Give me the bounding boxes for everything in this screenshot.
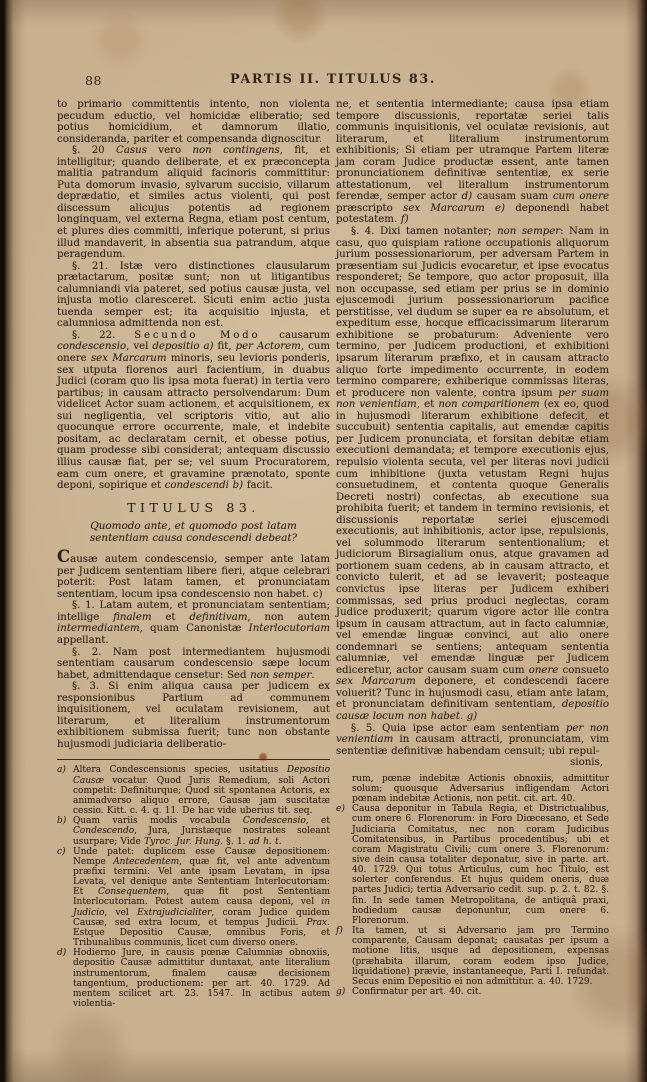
footnote-text: Ita tamen, ut si Adversario jam pro Term…: [352, 926, 609, 987]
text-run: Condescensio: [243, 816, 306, 826]
text-run: depositio a): [152, 341, 213, 352]
footnote-marker: a): [57, 765, 73, 816]
footnote-text: Unde patet: duplicem esse Causæ depositi…: [73, 847, 330, 949]
text-run: , non autem: [247, 612, 330, 623]
text-run: Secundo Modo: [134, 330, 260, 341]
text-run: causarum: [260, 330, 330, 341]
paragraph-section-4: §. 4. Dixi tamen notanter; non semper: N…: [336, 226, 609, 723]
text-run: sex Marcarum e): [403, 203, 505, 214]
text-run: to primario committentis intento, non vi…: [57, 99, 330, 145]
text-run: sex Marcarum: [336, 676, 416, 687]
paragraph-section-1: §. 1. Latam autem, et pronunciatam sente…: [57, 600, 330, 646]
text-run: causam suam: [472, 191, 553, 202]
footnote-marker: d): [57, 948, 73, 1009]
text-run: onere: [529, 665, 559, 676]
footnote-text: Confirmatur per art. 40. cit.: [352, 987, 609, 997]
footnote-d: d) Hodierno Jure, in causis pœnæ Calumni…: [57, 948, 330, 1009]
catchword: sionis,: [336, 757, 609, 769]
text-run: non contingens: [192, 145, 279, 156]
text-run: Altera Condescensionis species, usitatiu…: [73, 765, 287, 775]
paragraph-section-5: §. 5. Quia ipse actor eam sententiam per…: [336, 723, 609, 758]
titulus-subtitle: Quomodo ante, et quomodo post latam sent…: [65, 520, 322, 544]
text-run: condescendi b): [165, 480, 243, 491]
footnote-text: Causa deponitur in Tabula Regia, et Dist…: [352, 804, 609, 926]
text-run: ne, et sententia intermediante; causa ip…: [336, 99, 609, 202]
text-run: Quam variis modis vocabula: [73, 816, 243, 826]
text-run: Prax.: [306, 918, 330, 928]
footnote-marker: e): [336, 804, 352, 926]
text-run: Casus: [116, 145, 147, 156]
footnote-text: Quam variis modis vocabula Condescensio,…: [73, 816, 330, 846]
text-run: , et: [306, 816, 330, 826]
text-run: §. 1.: [223, 837, 249, 847]
text-run: ausæ autem condescensio, semper ante lat…: [57, 554, 330, 600]
footnote-divider: [57, 759, 330, 760]
paragraph-continuation: ne, et sententia intermediante; causa ip…: [336, 99, 609, 226]
paragraph-section-2: §. 2. Nam post intermediantem hujusmodi …: [57, 647, 330, 682]
text-run: finalem: [113, 612, 151, 623]
footnotes-right: rum, pœnæ indebitæ Actionis obnoxiis, ad…: [336, 774, 609, 997]
text-run: Hodierno Jure, in causis pœnæ Calumniæ o…: [73, 948, 330, 1009]
text-run: C: [57, 547, 70, 566]
footnotes-left: a) Altera Condescensionis species, usita…: [57, 765, 330, 1009]
text-run: definitivam: [189, 612, 247, 623]
text-run: §. 22.: [72, 330, 134, 341]
text-run: Extrajudicialiter: [137, 908, 211, 918]
text-run: appellant.: [57, 635, 109, 646]
text-run: Consequentem: [98, 887, 166, 897]
text-run: non comparitionem: [438, 399, 539, 410]
text-run: .: [311, 670, 314, 681]
titulus-heading: TITULUS 83.: [57, 502, 330, 514]
text-run: minoris, seu levioris ponderis, sex utpu…: [57, 353, 330, 491]
text-run: , vel: [126, 341, 152, 352]
text-run: vero: [147, 145, 193, 156]
paragraph-section-21: §. 21. Istæ vero distinctiones clausular…: [57, 261, 330, 330]
text-run: : Nam in casu, quo quispiam ratione occu…: [336, 226, 609, 399]
footnote-f: f) Ita tamen, ut si Adversario jam pro T…: [336, 926, 609, 987]
footnote-g: g) Confirmatur per art. 40. cit.: [336, 987, 609, 997]
paragraph-section-22: §. 22. Secundo Modo causarum condescensi…: [57, 330, 330, 492]
paragraph-section-3: §. 3. Si enim aliqua causa per judicem e…: [57, 681, 330, 750]
paragraph-causae: Causæ autem condescensio, semper ante la…: [57, 552, 330, 600]
text-run: Ita tamen, ut si Adversario jam pro Term…: [352, 926, 609, 987]
text-run: cum onere: [553, 191, 609, 202]
text-run: f): [401, 214, 409, 225]
text-run: fit,: [214, 341, 236, 352]
footnote-marker: c): [57, 847, 73, 949]
footnote-marker: b): [57, 816, 73, 846]
text-run: per Actorem: [236, 341, 301, 352]
paragraph-continuation: to primario committentis intento, non vi…: [57, 99, 330, 145]
footnote-d-continuation: rum, pœnæ indebitæ Actionis obnoxiis, ad…: [336, 774, 609, 804]
text-run: (ex eo, quod in hujusmodi literarum exhi…: [336, 399, 609, 676]
text-run: Tyroc. Jur. Hung.: [144, 837, 223, 847]
text-run: condescensio: [57, 341, 126, 352]
footnote-b: b) Quam variis modis vocabula Condescens…: [57, 816, 330, 846]
text-run: vocatur. Quod Juris Remedium, soli Actor…: [73, 776, 330, 816]
text-run: ad h. t.: [249, 837, 282, 847]
text-run: et: [152, 612, 190, 623]
book-page: 88 PARTIS II. TITULUS 83. to primario co…: [0, 0, 647, 1082]
text-run: §. 3. Si enim aliqua causa per judicem e…: [57, 681, 330, 750]
text-run: præscripto: [336, 203, 403, 214]
page-number: 88: [85, 73, 102, 88]
footnote-marker: f): [336, 926, 352, 987]
text-run: non semper: [497, 226, 560, 237]
text-run: rum, pœnæ indebitæ Actionis obnoxiis, ad…: [352, 774, 609, 804]
text-run: , et: [417, 399, 439, 410]
text-run: Confirmatur per art. 40. cit.: [352, 987, 481, 997]
text-run: Antecedentem: [113, 857, 179, 867]
text-run: sex Marcarum: [91, 353, 167, 364]
left-column: to primario committentis intento, non vi…: [57, 99, 330, 1009]
text-run: Interlocutoriam: [249, 623, 330, 634]
running-header: PARTIS II. TITULUS 83.: [57, 72, 609, 87]
text-run: intermediantem: [57, 623, 140, 634]
text-run: §. 5. Quia ipse actor eam sententiam: [351, 723, 566, 734]
text-run: , vel: [104, 908, 137, 918]
footnote-marker: g): [336, 987, 352, 997]
footnote-e: e) Causa deponitur in Tabula Regia, et D…: [336, 804, 609, 926]
paragraph-section-20: §. 20 Casus vero non contingens, fit, et…: [57, 145, 330, 260]
text-run: Estque Depositio Causæ, omnibus Foris, e…: [73, 928, 330, 948]
footnote-text: Hodierno Jure, in causis pœnæ Calumniæ o…: [73, 948, 330, 1009]
footnote-c: c) Unde patet: duplicem esse Causæ depos…: [57, 847, 330, 949]
footnote-a: a) Altera Condescensionis species, usita…: [57, 765, 330, 816]
text-run: §. 20: [72, 145, 116, 156]
text-run: consueto: [558, 665, 609, 676]
page-header: 88 PARTIS II. TITULUS 83.: [57, 72, 609, 92]
text-run: d): [462, 191, 473, 202]
text-run: §. 21. Istæ vero distinctiones clausular…: [57, 261, 330, 330]
text-run: Condescendo: [73, 826, 134, 836]
text-run: non semper: [250, 670, 311, 681]
footnote-text: Altera Condescensionis species, usitatiu…: [73, 765, 330, 816]
right-column: ne, et sententia intermediante; causa ip…: [336, 99, 609, 997]
text-run: facit.: [243, 480, 273, 491]
text-run: Causa deponitur in Tabula Regia, et Dist…: [352, 804, 609, 926]
text-run: , fit, et intelligitur; quando deliberat…: [57, 145, 330, 260]
text-run: , quam Canonistæ: [140, 623, 249, 634]
text-run: §. 4. Dixi tamen notanter;: [351, 226, 497, 237]
